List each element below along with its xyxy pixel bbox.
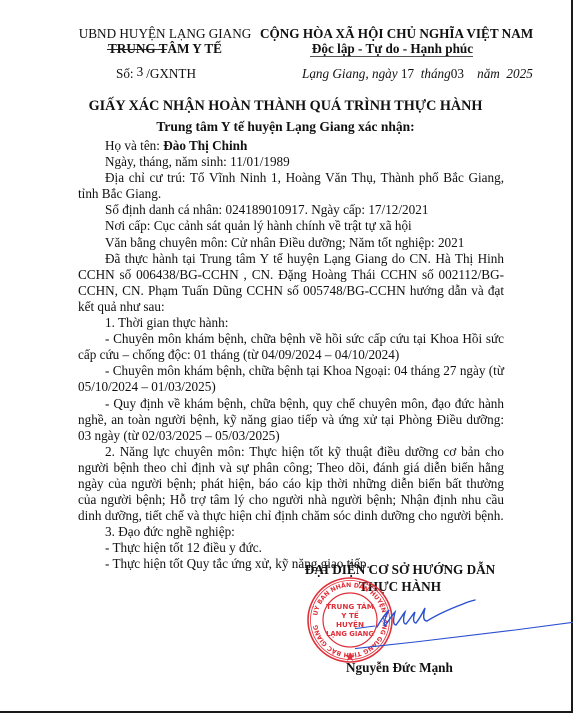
authority-name: UBND HUYỆN LẠNG GIANG (70, 26, 260, 41)
document-page: UBND HUYỆN LẠNG GIANG TRUNG TÂM Y TẾ CỘN… (0, 0, 573, 713)
person-id-issued-by: Nơi cấp: Cục cảnh sát quản lý hành chính… (78, 218, 504, 234)
signer-name: Nguyễn Đức Mạnh (346, 660, 453, 676)
person-degree: Văn bằng chuyên môn: Cử nhân Điều dưỡng;… (78, 235, 504, 251)
national-title: CỘNG HÒA XÃ HỘI CHỦ NGHĨA VIỆT NAM (260, 26, 525, 41)
person-name: Đào Thị Chinh (163, 138, 247, 153)
section-1-item: - Chuyên môn khám bệnh, chữa bệnh về hồi… (78, 331, 504, 363)
person-name-line: Họ và tên: Đào Thị Chinh (78, 138, 504, 154)
date-month-label: tháng (421, 66, 451, 81)
document-title: GIẤY XÁC NHẬN HOÀN THÀNH QUÁ TRÌNH THỰC … (0, 98, 571, 115)
practice-intro: Đã thực hành tại Trung tâm Y tế huyện Lạ… (78, 251, 504, 315)
handwritten-signature-icon (355, 582, 573, 662)
header-left-underline (107, 49, 167, 50)
section-2-heading: 2. Năng lực chuyên môn: Thực hiện tốt kỹ… (78, 444, 504, 524)
document-subtitle: Trung tâm Y tế huyện Lạng Giang xác nhận… (0, 119, 571, 135)
header-right-underline (310, 56, 473, 57)
doc-number-value: 3 (137, 64, 144, 79)
person-id-number: Số định danh cá nhân: 024189010917. Ngày… (78, 202, 504, 218)
person-dob: Ngày, tháng, năm sinh: 11/01/1989 (78, 154, 504, 170)
national-header: CỘNG HÒA XÃ HỘI CHỦ NGHĨA VIỆT NAM Độc l… (260, 26, 525, 56)
date-year: 2025 (506, 66, 532, 81)
document-body: Họ và tên: Đào Thị Chinh Ngày, tháng, nă… (78, 138, 504, 573)
section-1-item: - Quy định về khám bệnh, chữa bệnh, quy … (78, 396, 504, 444)
issuing-organization: UBND HUYỆN LẠNG GIANG TRUNG TÂM Y TẾ (70, 26, 260, 56)
document-number: Số:3/GXNTH (116, 66, 196, 82)
date-place: Lạng Giang, ngày (302, 66, 398, 81)
date-year-label: năm (477, 66, 500, 81)
section-3-heading: 3. Đạo đức nghề nghiệp: (78, 524, 504, 540)
section-1-item: - Chuyên môn khám bệnh, chữa bệnh tại Kh… (78, 363, 504, 395)
doc-number-suffix: /GXNTH (146, 66, 196, 81)
doc-number-prefix: Số: (116, 66, 134, 81)
section-3-item: - Thực hiện tốt 12 điều y đức. (78, 540, 504, 556)
date-day: 17 (401, 66, 414, 81)
national-motto: Độc lập - Tự do - Hạnh phúc (260, 41, 525, 56)
document-date: Lạng Giang, ngày 17 tháng03 năm 2025 (302, 66, 533, 82)
date-month: 03 (451, 66, 464, 81)
section-1-heading: 1. Thời gian thực hành: (78, 315, 504, 331)
person-name-label: Họ và tên: (105, 138, 160, 153)
person-address: Địa chỉ cư trú: Tổ Vĩnh Ninh 1, Hoàng Vă… (78, 170, 504, 202)
